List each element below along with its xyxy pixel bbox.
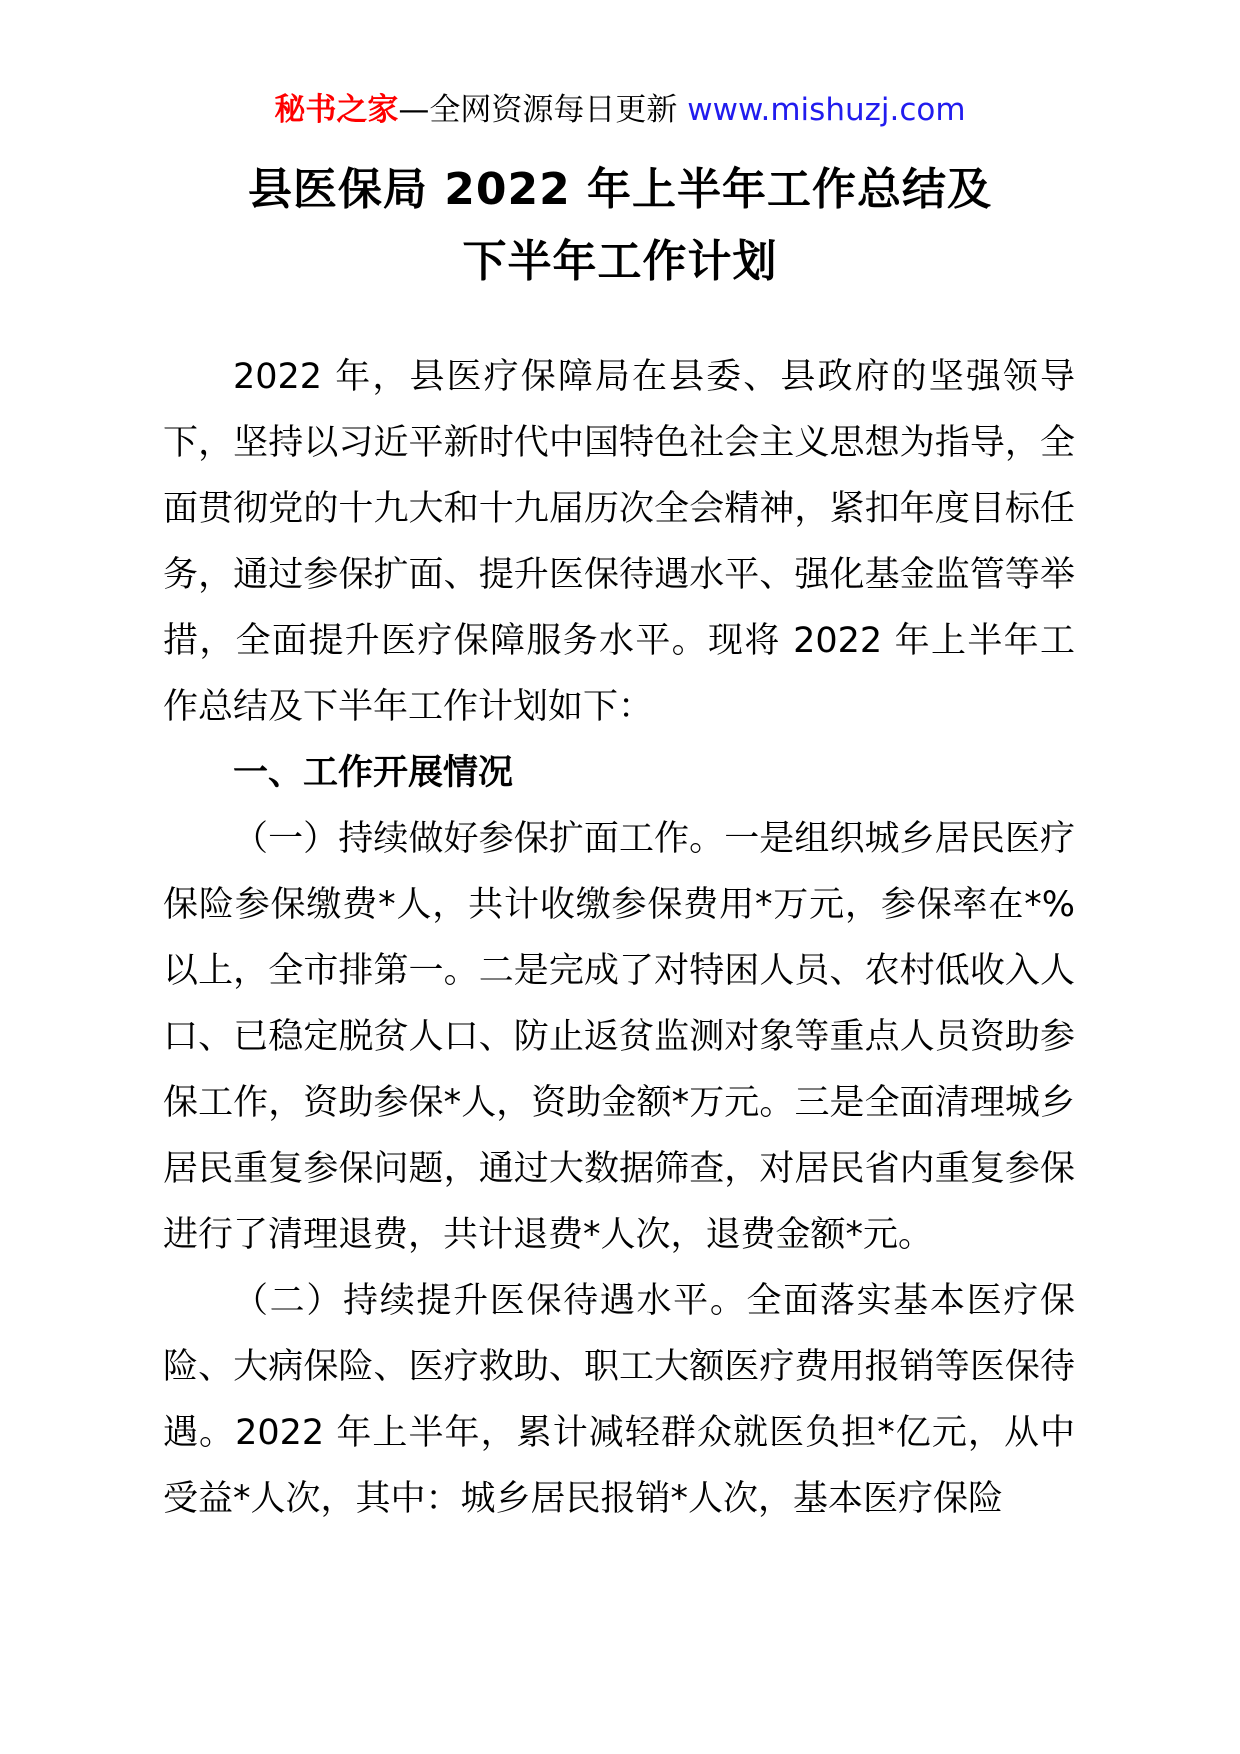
document-title-line1: 县医保局 2022 年上半年工作总结及 [248, 164, 992, 215]
site-url-link[interactable]: www.mishuzj.com [687, 92, 965, 128]
document-page: 秘书之家—全网资源每日更新 www.mishuzj.com 县医保局 2022 … [0, 0, 1240, 1754]
site-brand: 秘书之家 [274, 92, 398, 128]
paragraph-intro: 2022 年，县医疗保障局在县委、县政府的坚强领导下，坚持以习近平新时代中国特色… [163, 344, 1075, 740]
document-title-line2: 下半年工作计划 [463, 236, 778, 287]
section-heading-work-progress: 一、工作开展情况 [163, 740, 1075, 806]
paragraph-enrollment-expansion: （一）持续做好参保扩面工作。一是组织城乡居民医疗保险参保缴费*人，共计收缴参保费… [163, 806, 1075, 1268]
site-tagline: —全网资源每日更新 [398, 92, 687, 128]
document-title: 县医保局 2022 年上半年工作总结及下半年工作计划 [0, 154, 1240, 298]
site-header: 秘书之家—全网资源每日更新 www.mishuzj.com [0, 90, 1240, 130]
document-body: 2022 年，县医疗保障局在县委、县政府的坚强领导下，坚持以习近平新时代中国特色… [163, 344, 1075, 1532]
paragraph-benefit-improvement: （二）持续提升医保待遇水平。全面落实基本医疗保险、大病保险、医疗救助、职工大额医… [163, 1268, 1075, 1532]
